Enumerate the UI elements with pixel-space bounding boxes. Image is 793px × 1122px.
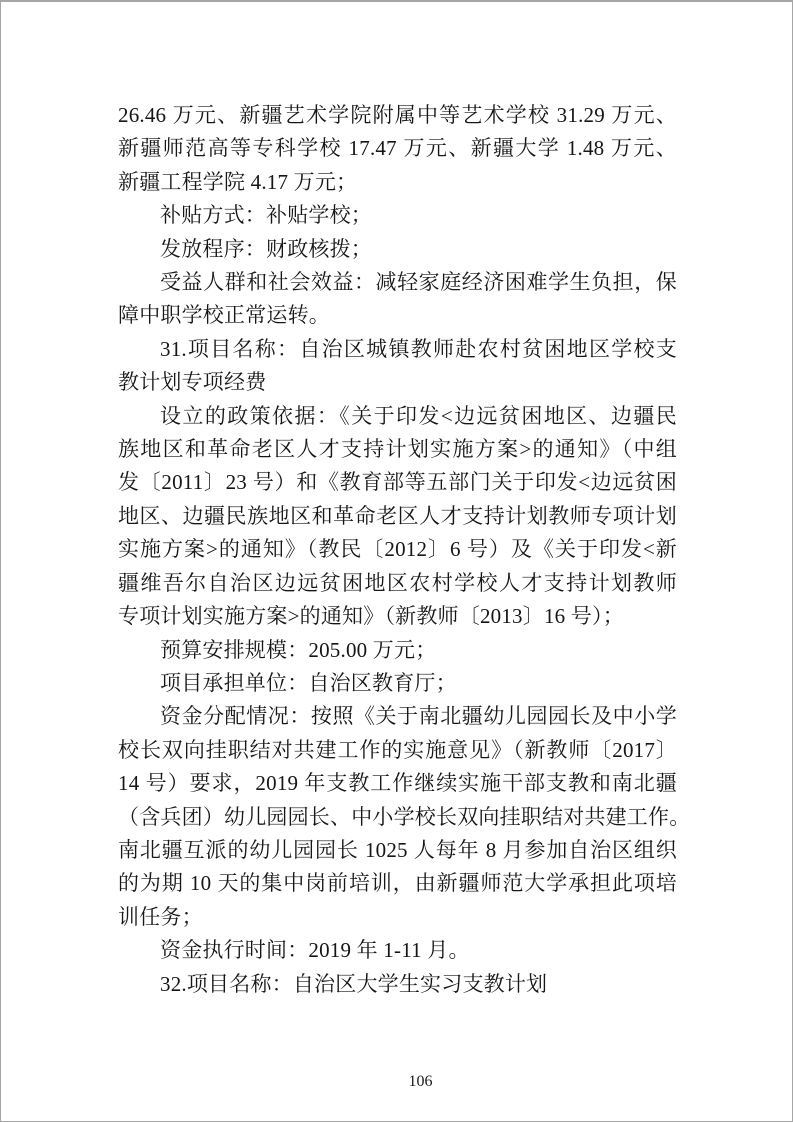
text-line: 资金分配情况：按照《关于南北疆幼儿园园长及中小学: [118, 700, 677, 733]
page-number: 106: [1, 1073, 792, 1091]
text-line: 预算安排规模：205.00 万元；: [118, 634, 677, 667]
document-body: 26.46 万元、新疆艺术学院附属中等艺术学校 31.29 万元、新疆师范高等专…: [118, 99, 677, 1001]
text-line: 族地区和革命老区人才支持计划实施方案>的通知》（中组: [118, 433, 677, 466]
document-page: 26.46 万元、新疆艺术学院附属中等艺术学校 31.29 万元、新疆师范高等专…: [0, 0, 793, 1122]
text-line: 14 号）要求，2019 年支教工作继续实施干部支教和南北疆: [118, 767, 677, 800]
text-line: 实施方案>的通知》（教民〔2012〕6 号）及《关于印发<新: [118, 533, 677, 566]
text-line: 疆维吾尔自治区边远贫困地区农村学校人才支持计划教师: [118, 567, 677, 600]
text-line: 项目承担单位：自治区教育厅；: [118, 667, 677, 700]
text-line: 资金执行时间：2019 年 1-11 月。: [118, 934, 677, 967]
text-line: 新疆师范高等专科学校 17.47 万元、新疆大学 1.48 万元、: [118, 132, 677, 165]
text-line: 受益人群和社会效益：减轻家庭经济困难学生负担，保: [118, 266, 677, 299]
text-line: 障中职学校正常运转。: [118, 299, 677, 332]
text-line: （含兵团）幼儿园园长、中小学校长双向挂职结对共建工作。: [118, 801, 677, 834]
text-line: 32.项目名称：自治区大学生实习支教计划: [118, 968, 677, 1001]
text-line: 设立的政策依据：《关于印发<边远贫困地区、边疆民: [118, 400, 677, 433]
text-line: 南北疆互派的幼儿园园长 1025 人每年 8 月参加自治区组织: [118, 834, 677, 867]
text-line: 专项计划实施方案>的通知》（新教师〔2013〕16 号）；: [118, 600, 677, 633]
text-line: 新疆工程学院 4.17 万元；: [118, 166, 677, 199]
text-line: 的为期 10 天的集中岗前培训，由新疆师范大学承担此项培: [118, 867, 677, 900]
text-line: 训任务；: [118, 901, 677, 934]
text-line: 31.项目名称：自治区城镇教师赴农村贫困地区学校支: [118, 333, 677, 366]
text-line: 发〔2011〕23 号）和《教育部等五部门关于印发<边远贫困: [118, 466, 677, 499]
text-line: 26.46 万元、新疆艺术学院附属中等艺术学校 31.29 万元、: [118, 99, 677, 132]
text-line: 校长双向挂职结对共建工作的实施意见》（新教师〔2017〕: [118, 734, 677, 767]
text-line: 补贴方式：补贴学校；: [118, 199, 677, 232]
text-line: 地区、边疆民族地区和革命老区人才支持计划教师专项计划: [118, 500, 677, 533]
text-line: 教计划专项经费: [118, 366, 677, 399]
text-line: 发放程序：财政核拨；: [118, 233, 677, 266]
